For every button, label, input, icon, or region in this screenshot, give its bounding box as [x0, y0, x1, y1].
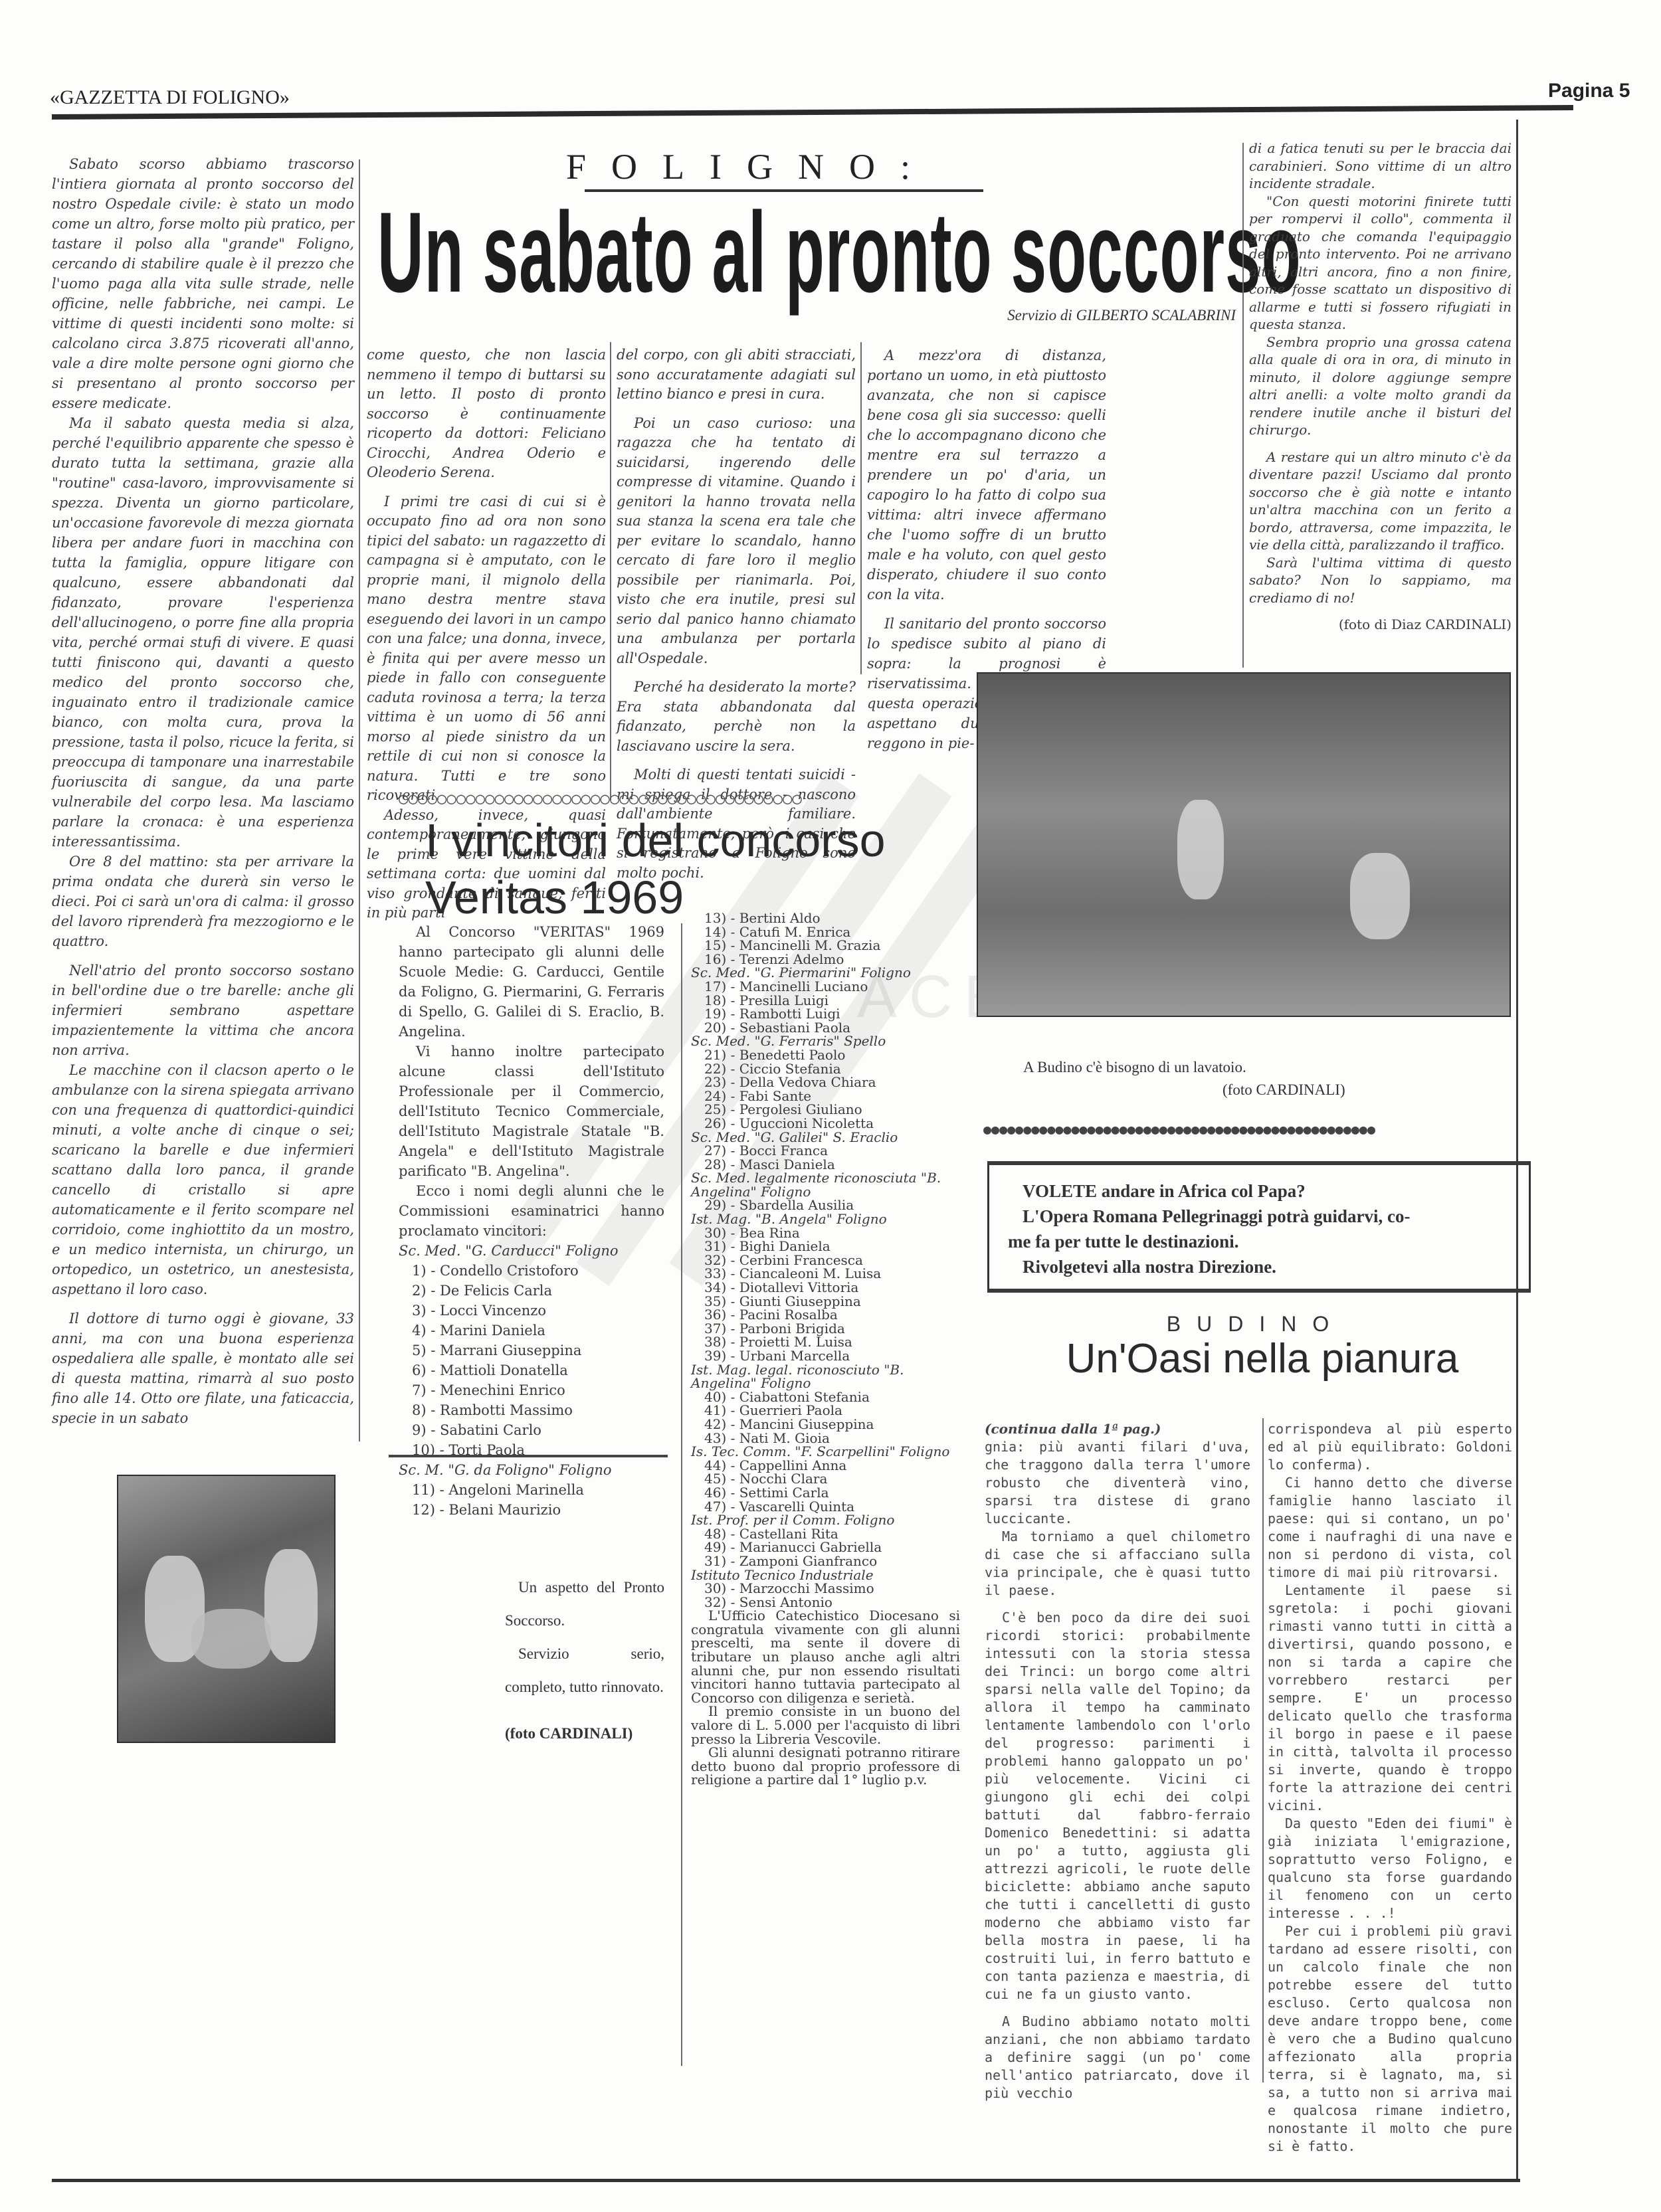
veritas-closing: Gli alunni designati potranno ritirare d… — [691, 1746, 960, 1787]
article-paragraph: Ore 8 del mattino: sta per arrivare la p… — [52, 852, 354, 951]
winner-item: 49) - Marianucci Gabriella — [691, 1540, 960, 1554]
winner-item: 21) - Benedetti Paolo — [691, 1048, 960, 1062]
winner-item: 42) - Mancini Giuseppina — [691, 1418, 960, 1431]
winner-item: 14) - Catufi M. Enrica — [691, 925, 960, 939]
budino-column-2: corrispondeva al più esperto ed al più e… — [1268, 1420, 1512, 2156]
advert-line: L'Opera Romana Pellegrinaggi potrà guida… — [989, 1204, 1529, 1229]
veritas-column-2: 13) - Bertini Aldo 14) - Catufi M. Enric… — [691, 911, 960, 1787]
column-divider — [681, 923, 682, 2066]
winner-item: 28) - Masci Daniela — [691, 1158, 960, 1172]
winner-item: 48) - Castellani Rita — [691, 1527, 960, 1541]
winner-item: 11) - Angeloni Marinella — [399, 1480, 664, 1500]
article-paragraph: del corpo, con gli abiti stracciati, son… — [617, 345, 856, 405]
article-paragraph: Le macchine con il clacson aperto o le a… — [52, 1060, 354, 1299]
article-kicker: FOLIGNO: — [399, 146, 1103, 187]
advert-line: me fa per tutte le destinazioni. — [989, 1229, 1529, 1254]
winner-item: 31) - Zamponi Gianfranco — [691, 1554, 960, 1568]
winner-item: 23) - Della Vedova Chiara — [691, 1075, 960, 1089]
winner-item: 3) - Locci Vincenzo — [399, 1301, 664, 1321]
school-heading: Ist. Mag. "B. Angela" Foligno — [691, 1212, 960, 1226]
page-right-rule — [1516, 120, 1518, 2179]
winner-item: 32) - Sensi Antonio — [691, 1596, 960, 1610]
veritas-closing: L'Ufficio Catechistico Diocesano si cong… — [691, 1609, 960, 1705]
article-paragraph: corrispondeva al più esperto ed al più e… — [1268, 1420, 1512, 1474]
lavatoio-photo — [977, 672, 1511, 1017]
winner-item: 17) - Mancinelli Luciano — [691, 980, 960, 994]
veritas-intro: Al Concorso "VERITAS" 1969 hanno parteci… — [399, 922, 664, 1042]
winner-item: 4) - Marini Daniela — [399, 1321, 664, 1340]
newspaper-page: ACELLI.IT «GAZZETTA DI FOLIGNO» Pagina 5… — [0, 0, 1661, 2212]
winner-item: 30) - Bea Rina — [691, 1226, 960, 1240]
article-column-d: di a fatica tenuti su per le braccia dai… — [1249, 139, 1512, 634]
veritas-headline: I vincitori del concorso Veritas 1969 — [425, 812, 957, 926]
winner-item: 2) - De Felicis Carla — [399, 1281, 664, 1301]
school-heading: Ist. Mag. legal. riconosciuto "B. Angeli… — [691, 1363, 960, 1390]
winner-item: 43) - Nati M. Gioia — [691, 1431, 960, 1445]
winner-item: 44) - Cappellini Anna — [691, 1459, 960, 1473]
caption-line: A Budino c'è bisogno di un lavatoio. — [1023, 1056, 1395, 1079]
article-paragraph: di a fatica tenuti su per le braccia dai… — [1249, 139, 1512, 193]
winner-item: 19) - Rambotti Luigi — [691, 1007, 960, 1021]
winner-item: 40) - Ciabattoni Stefania — [691, 1390, 960, 1404]
winner-item: 27) - Bocci Franca — [691, 1144, 960, 1158]
winner-item: 31) - Bighi Daniela — [691, 1240, 960, 1253]
budino-column-1: (continua dalla 1ª pag.) gnia: più avant… — [985, 1420, 1250, 2102]
photo-caption: Un aspetto del Pronto Soccorso. Servizio… — [505, 1571, 664, 1750]
article-paragraph: C'è ben poco da dire dei suoi ricordi st… — [985, 1609, 1250, 2003]
budino-kicker: BUDINO — [983, 1312, 1528, 1336]
article-paragraph: Ma torniamo a quel chilometro di case ch… — [985, 1528, 1250, 1600]
school-heading: Ist. Prof. per il Comm. Foligno — [691, 1513, 960, 1527]
winner-item: 16) - Terenzi Adelmo — [691, 953, 960, 967]
winner-item: 37) - Parboni Brigida — [691, 1322, 960, 1336]
winner-item: 33) - Ciancaleoni M. Luisa — [691, 1267, 960, 1281]
article-paragraph: gnia: più avanti filari d'uva, che tragg… — [985, 1438, 1250, 1528]
winner-item: 45) - Nocchi Clara — [691, 1472, 960, 1486]
masthead: «GAZZETTA DI FOLIGNO» — [50, 86, 290, 109]
winner-item: 39) - Urbani Marcella — [691, 1349, 960, 1363]
article-paragraph: A restare qui un altro minuto c'è da div… — [1249, 448, 1512, 554]
winner-item: 46) - Settimi Carla — [691, 1486, 960, 1500]
school-heading: Is. Tec. Comm. "F. Scarpellini" Foligno — [691, 1445, 960, 1459]
column-divider — [860, 342, 862, 674]
veritas-headline-line1: I vincitori del concorso — [425, 812, 957, 869]
column-divider — [1262, 1418, 1264, 2082]
advert-box: VOLETE andare in Africa col Papa? L'Oper… — [987, 1161, 1531, 1293]
veritas-intro: Ecco i nomi degli alunni che le Commissi… — [399, 1181, 664, 1241]
footer-rule — [52, 2179, 1520, 2182]
budino-headline: Un'Oasi nella pianura — [997, 1335, 1528, 1382]
article-paragraph: "Con questi motorini finirete tutti per … — [1249, 193, 1512, 333]
school-heading: Sc. Med. legalmente riconosciuta "B. Ang… — [691, 1171, 960, 1198]
winner-item: 5) - Marrani Giuseppina — [399, 1340, 664, 1360]
pronto-soccorso-photo — [117, 1475, 336, 1743]
caption-credit: (foto CARDINALI) — [1023, 1079, 1395, 1101]
lavatoio-caption: A Budino c'è bisogno di un lavatoio. (fo… — [1023, 1056, 1395, 1101]
winner-item: 29) - Sbardella Ausilia — [691, 1198, 960, 1212]
winner-item: 1) - Condello Cristoforo — [399, 1261, 664, 1281]
winner-item: 26) - Uguccioni Nicoletta — [691, 1117, 960, 1131]
continua-note: (continua dalla 1ª pag.) — [985, 1420, 1250, 1438]
school-heading: Sc. Med. "G. Piermarini" Foligno — [691, 966, 960, 980]
article-paragraph: Nell'atrio del pronto soccorso sostano i… — [52, 961, 354, 1060]
article-paragraph: Perché ha desiderato la morte? Era stata… — [617, 678, 856, 756]
winner-item: 20) - Sebastiani Paola — [691, 1021, 960, 1035]
article-byline: Servizio di GILBERTO SCALABRINI — [850, 307, 1236, 324]
winner-item: 24) - Fabi Sante — [691, 1089, 960, 1103]
winner-item: 47) - Vascarelli Quinta — [691, 1500, 960, 1514]
article-paragraph: Sarà l'ultima vittima di questo sabato? … — [1249, 554, 1512, 607]
veritas-closing: Il premio consiste in un buono del valor… — [691, 1705, 960, 1746]
winner-item: 18) - Presilla Luigi — [691, 994, 960, 1008]
photo-credit: (foto di Diaz CARDINALI) — [1249, 616, 1512, 634]
winner-item: 12) - Belani Maurizio — [399, 1500, 664, 1520]
winner-item: 13) - Bertini Aldo — [691, 911, 960, 925]
advert-line: Rivolgetevi alla nostra Direzione. — [989, 1254, 1529, 1279]
column-divider — [359, 159, 360, 1441]
article-paragraph: A Budino abbiamo notato molti anziani, c… — [985, 2013, 1250, 2102]
article-paragraph: Sembra proprio una grossa catena alla qu… — [1249, 333, 1512, 439]
school-heading: Sc. M. "G. da Foligno" Foligno — [399, 1460, 664, 1480]
school-heading: Istituto Tecnico Industriale — [691, 1568, 960, 1582]
advert-line: VOLETE andare in Africa col Papa? — [989, 1165, 1529, 1204]
photo-figure — [264, 1549, 318, 1662]
photo-figure — [1350, 853, 1410, 939]
winner-item: 22) - Ciccio Stefania — [691, 1062, 960, 1076]
winner-item: 8) - Rambotti Massimo — [399, 1400, 664, 1420]
article-paragraph: Per cui i problemi più gravi tardano ad … — [1268, 1922, 1512, 2156]
caption-line: Servizio serio, completo, tutto rinnovat… — [505, 1637, 664, 1704]
article-paragraph: Sabato scorso abbiamo trascorso l'intier… — [52, 154, 354, 413]
school-heading: Sc. Med. "G. Carducci" Foligno — [399, 1241, 664, 1261]
article-paragraph: Il dottore di turno oggi è giovane, 33 a… — [52, 1309, 354, 1428]
column-divider — [610, 342, 611, 800]
article-paragraph: Poi un caso curioso: una ragazza che ha … — [617, 414, 856, 669]
article-left-column: Sabato scorso abbiamo trascorso l'intier… — [52, 154, 354, 1428]
article-paragraph: Ma il sabato questa media si alza, perch… — [52, 413, 354, 852]
article-paragraph: I primi tre casi di cui si è occupato fi… — [367, 492, 606, 806]
column-divider — [1242, 143, 1244, 668]
winner-item: 30) - Marzocchi Massimo — [691, 1582, 960, 1596]
veritas-column-1: Al Concorso "VERITAS" 1969 hanno parteci… — [399, 922, 664, 1520]
winner-item: 41) - Guerrieri Paola — [691, 1404, 960, 1418]
article-paragraph: come questo, che non lascia nemmeno il t… — [367, 345, 606, 483]
caption-line: Un aspetto del Pronto Soccorso. — [505, 1571, 664, 1637]
caption-credit: (foto CARDINALI) — [505, 1717, 664, 1750]
page-number: Pagina 5 — [1548, 80, 1630, 102]
photo-figure — [191, 1609, 271, 1669]
article-paragraph: Ci hanno detto che diverse famiglie hann… — [1268, 1474, 1512, 1582]
ornament-chain: ○○○○○○○○○○○○○○○○○○○○○○○○○○○○○○○○○○○○○○○○… — [399, 789, 930, 808]
winner-item: 15) - Mancinelli M. Grazia — [691, 939, 960, 953]
article-headline: Un sabato al pronto soccorso — [377, 186, 865, 319]
winner-item: 9) - Sabatini Carlo — [399, 1420, 664, 1440]
winner-item: 34) - Diotallevi Vittoria — [691, 1281, 960, 1295]
ornament-chain-filled: ●●●●●●●●●●●●●●●●●●●●●●●●●●●●●●●●●●●●●●●●… — [983, 1121, 1515, 1137]
veritas-intro: Vi hanno inoltre partecipato alcune clas… — [399, 1042, 664, 1181]
winner-item: 25) - Pergolesi Giuliano — [691, 1103, 960, 1117]
winner-item: 32) - Cerbini Francesca — [691, 1253, 960, 1267]
school-heading: Sc. Med. "G. Ferraris" Spello — [691, 1034, 960, 1048]
winner-item: 36) - Pacini Rosalba — [691, 1308, 960, 1322]
school-heading: Sc. Med. "G. Galilei" S. Eraclio — [691, 1131, 960, 1145]
section-rule — [389, 1455, 668, 1457]
article-paragraph: A mezz'ora di distanza, portano un uomo,… — [867, 345, 1106, 604]
winner-item: 6) - Mattioli Donatella — [399, 1360, 664, 1380]
winner-item: 7) - Menechini Enrico — [399, 1380, 664, 1400]
winner-item: 35) - Giunti Giuseppina — [691, 1295, 960, 1309]
article-paragraph: Lentamente il paese si sgretola: i pochi… — [1268, 1582, 1512, 1815]
article-paragraph: Da questo "Eden dei fiumi" è già iniziat… — [1268, 1815, 1512, 1922]
winner-item: 38) - Proietti M. Luisa — [691, 1335, 960, 1349]
photo-figure — [1177, 800, 1224, 899]
